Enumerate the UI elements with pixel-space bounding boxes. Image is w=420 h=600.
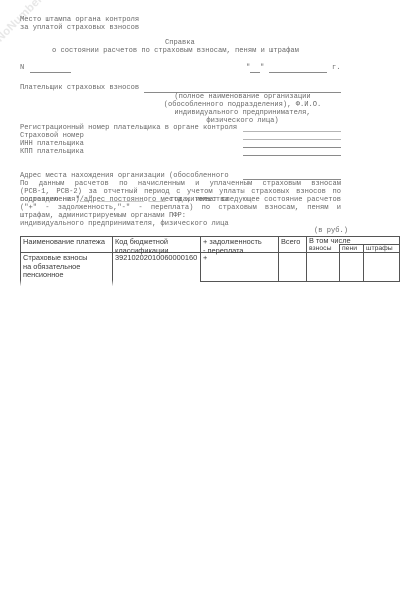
payment-name-line-3: пенсионное <box>23 271 110 280</box>
date-year-suffix: г. <box>332 64 341 72</box>
payer-hint-line-3: индивидуального предпринимателя, <box>144 109 341 117</box>
number-field[interactable] <box>30 72 71 73</box>
table-row-payment-name: Страховые взносы на обязательное пенсион… <box>21 253 112 285</box>
field-label-registration-number: Регистрационный номер плательщика в орга… <box>20 124 237 132</box>
document-title: Справка <box>165 39 195 47</box>
date-quote-open: " <box>246 64 250 72</box>
body-line-3: состоянию на "__" ___________ ____ года,… <box>20 196 341 204</box>
table-row-debt-overpay[interactable]: + <box>201 253 278 281</box>
header-total: Всего <box>279 237 306 248</box>
inn-field[interactable] <box>243 147 341 148</box>
address-label-line-1: Адрес места нахождения организации (обос… <box>20 172 229 180</box>
date-quote-close: " <box>260 64 264 72</box>
date-month-year-field[interactable] <box>269 72 327 73</box>
payer-hint-line-2: (обособленного подразделения), Ф.И.О. <box>144 101 341 109</box>
address-label-line-3: индивидуального предпринимателя, физичес… <box>20 220 229 228</box>
body-line-5: штрафам, администрируемым органами ПФР: <box>20 212 341 220</box>
table-row-total[interactable] <box>279 253 306 281</box>
field-label-inn: ИНН плательщика <box>20 140 84 148</box>
table-row-budget-code: 39210202010060000160 <box>113 253 200 264</box>
date-day-field[interactable] <box>250 72 260 73</box>
body-line-2: (РСВ-1, РСВ-2) за отчетный период с учет… <box>20 188 341 196</box>
insurance-number-field[interactable] <box>243 139 341 140</box>
payer-hint: (полное наименование организации (обособ… <box>144 93 341 125</box>
table-row-contributions[interactable] <box>307 253 339 281</box>
field-label-insurance-number: Страховой номер <box>20 132 84 140</box>
table-row-fines[interactable] <box>364 253 399 281</box>
number-label: N <box>20 64 24 72</box>
payer-hint-line-1: (полное наименование организации <box>144 93 341 101</box>
field-label-kpp: КПП плательщика <box>20 148 84 156</box>
stamp-place-line-2: за уплатой страховых взносов <box>20 24 139 32</box>
body-line-1: По данным расчетов по начисленным и упла… <box>20 180 341 188</box>
document-subtitle: о состоянии расчетов по страховым взноса… <box>52 47 299 55</box>
table-row-penalties[interactable] <box>340 253 363 281</box>
stamp-place-line-1: Место штампа органа контроля <box>20 16 139 24</box>
currency-note: (в руб.) <box>314 227 348 235</box>
kpp-field[interactable] <box>243 155 341 156</box>
header-payment-name: Наименование платежа <box>21 237 112 248</box>
registration-number-field[interactable] <box>243 131 341 132</box>
body-paragraph: По данным расчетов по начисленным и упла… <box>20 180 341 220</box>
body-line-4: ("+" - задолженность,"-" - переплата) по… <box>20 204 341 212</box>
payer-label: Плательщик страховых взносов <box>20 84 139 92</box>
